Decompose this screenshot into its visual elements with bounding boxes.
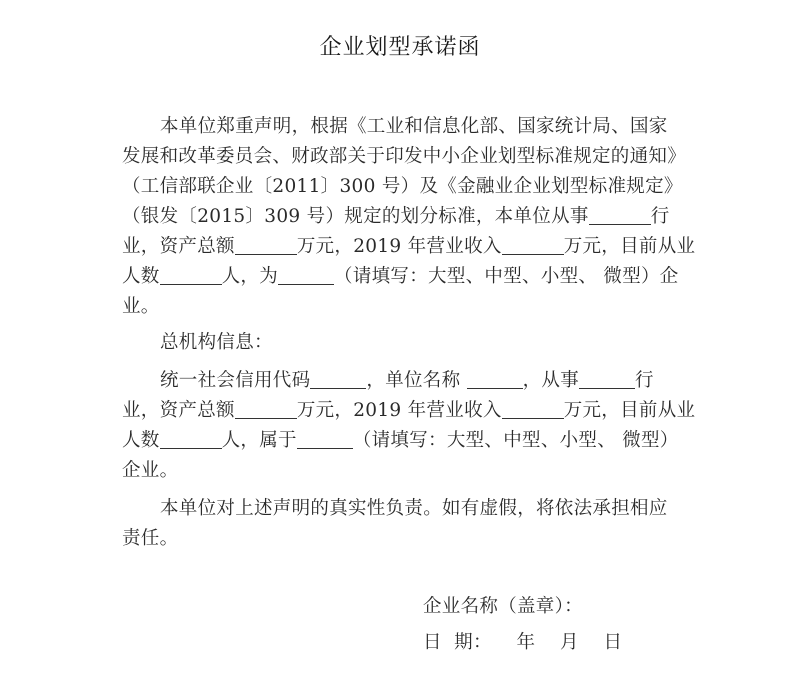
text-segment: 统一社会信用代码 (160, 370, 310, 391)
text-line: 责任。 (122, 524, 178, 550)
text-segment: 万元，目前从业 (564, 236, 696, 257)
employees-blank[interactable] (160, 266, 222, 286)
text-line: 发展和改革委员会、财政部关于印发中小企业划型标准规定的通知》 (122, 142, 686, 168)
credit-code-blank[interactable] (310, 370, 366, 390)
text-line: 本单位对上述声明的真实性负责。如有虚假，将依法承担相应 (160, 494, 668, 520)
text-segment: 行 (651, 206, 670, 227)
text-segment: ，从事 (523, 370, 579, 391)
unit-name-blank[interactable] (467, 370, 523, 390)
text-segment: （银发〔2015〕309 号）规定的划分标准，本单位从事 (122, 206, 589, 227)
text-segment: 万元，2019 年营业收入 (297, 236, 502, 257)
text-line: 本单位郑重声明，根据《工业和信息化部、国家统计局、国家 (160, 112, 668, 138)
text-segment: 业，资产总额 (122, 400, 235, 421)
hq-revenue-blank[interactable] (502, 400, 564, 420)
text-line: 企业。 (122, 456, 178, 482)
text-segment: 人数 (122, 430, 160, 451)
text-line: 业。 (122, 292, 160, 318)
total-assets-blank[interactable] (235, 236, 297, 256)
text-segment: （请填写：大型、中型、小型、 微型）企 (334, 266, 679, 287)
text-line: 统一社会信用代码，单位名称 ，从事行 (160, 366, 654, 392)
text-line: 人数人，属于（请填写：大型、中型、小型、 微型） (122, 426, 679, 452)
hq-info-heading: 总机构信息： (160, 328, 273, 354)
text-segment: 万元，目前从业 (564, 400, 696, 421)
hq-enterprise-type-blank[interactable] (297, 430, 353, 450)
text-segment: （请填写：大型、中型、小型、 微型） (353, 430, 679, 451)
industry-blank[interactable] (589, 206, 651, 226)
text-segment: 人数 (122, 266, 160, 287)
text-segment: 人，为 (222, 266, 278, 287)
hq-industry-blank[interactable] (579, 370, 635, 390)
text-line: 业，资产总额万元，2019 年营业收入万元，目前从业 (122, 396, 695, 422)
date-label: 日 期： 年 月 日 (423, 628, 622, 654)
text-line: （工信部联企业〔2011〕300 号）及《金融业企业划型标准规定》 (122, 172, 683, 198)
enterprise-type-blank[interactable] (278, 266, 334, 286)
text-segment: 行 (635, 370, 654, 391)
company-name-seal-label: 企业名称（盖章）： (423, 592, 583, 618)
hq-employees-blank[interactable] (160, 430, 222, 450)
text-segment: ，单位名称 (366, 370, 466, 391)
text-line: 人数人，为（请填写：大型、中型、小型、 微型）企 (122, 262, 679, 288)
revenue-blank[interactable] (502, 236, 564, 256)
document-title: 企业划型承诺函 (0, 30, 800, 61)
text-segment: 人，属于 (222, 430, 297, 451)
text-segment: 业，资产总额 (122, 236, 235, 257)
text-line: （银发〔2015〕309 号）规定的划分标准，本单位从事行 (122, 202, 670, 228)
text-line: 业，资产总额万元，2019 年营业收入万元，目前从业 (122, 232, 695, 258)
text-segment: 万元，2019 年营业收入 (297, 400, 502, 421)
hq-total-assets-blank[interactable] (235, 400, 297, 420)
